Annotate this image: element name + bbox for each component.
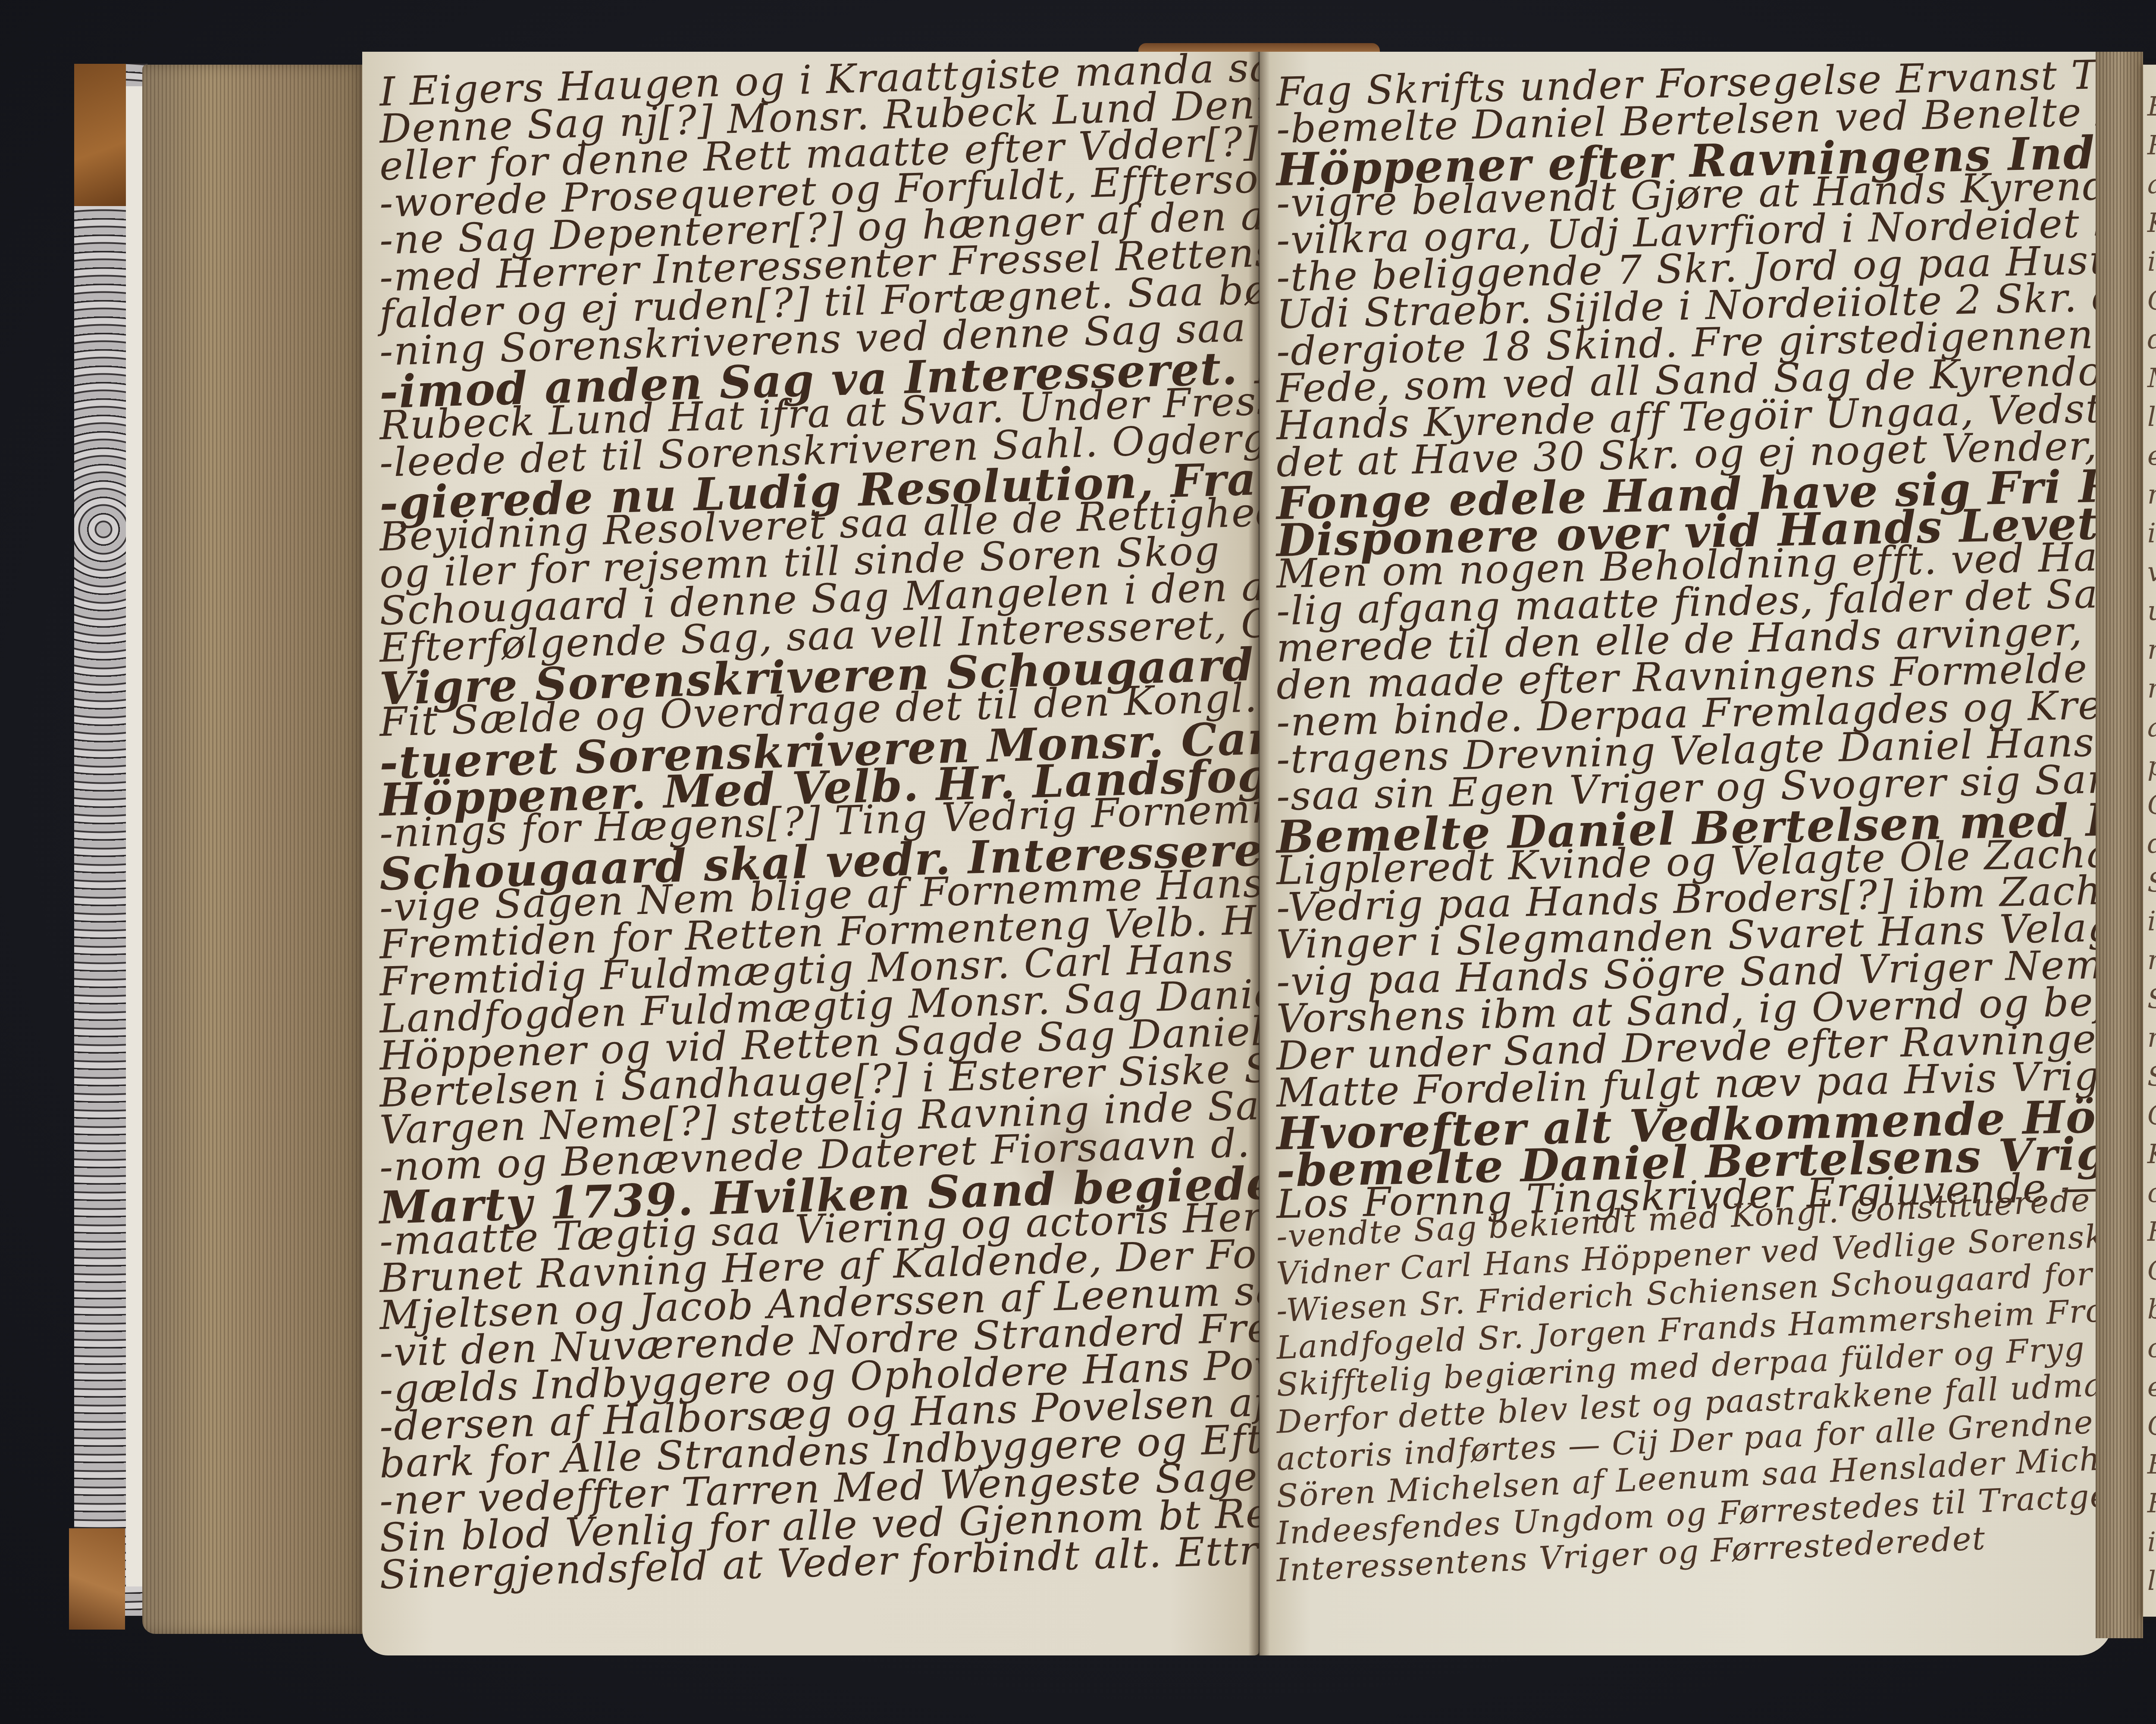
slip-fragment: plo	[2147, 750, 2156, 782]
slip-fragment: vis	[2147, 556, 2156, 588]
slip-fragment: ng	[2147, 479, 2156, 510]
inserted-slip-1: EgrRanna —KisteigeO.d paaMaj:lagdeelngin…	[2143, 65, 2156, 1617]
slip-fragment: Sun	[2147, 983, 2156, 1014]
book-gutter	[1248, 52, 1270, 1655]
right-page-text: Fag Skrifts under Forsegelse Ervanst Ted…	[1259, 52, 2113, 1655]
slip-fragment: las	[2147, 1565, 2156, 1596]
slip-fragment: ov	[2147, 1177, 2156, 1208]
slip-fragment: m	[2147, 944, 2156, 976]
slip-fragment: Kr	[2147, 1138, 2156, 1170]
slip-fragment: G.	[2147, 789, 2156, 820]
slip-fragment: nd	[2147, 673, 2156, 704]
slip-fragment: ig	[2147, 1526, 2156, 1558]
slip-fragment: Rann	[2147, 129, 2156, 161]
slip-fragment: Oer	[2147, 1410, 2156, 1441]
slip-fragment: For	[2147, 1487, 2156, 1519]
left-page-text: I Eigers Haugen og i Kraattgiste manda s…	[362, 52, 1259, 1655]
slip-fragment: bor	[2147, 1293, 2156, 1325]
slip-fragment: ige	[2147, 246, 2156, 277]
leather-corner-bottom	[69, 1528, 125, 1630]
slip-fragment: el	[2147, 440, 2156, 471]
right-page: Fag Skrifts under Forsegelse Ervanst Ted…	[1259, 52, 2113, 1655]
slip-fragment: inden	[2147, 517, 2156, 549]
slip-fragment: Sie	[2147, 1061, 2156, 1092]
slip-fragment: d paa	[2147, 323, 2156, 355]
slip-fragment: Bo	[2147, 1449, 2156, 1480]
slip-fragment: urs	[2147, 595, 2156, 626]
slip-fragment: ro	[2147, 634, 2156, 665]
slip-fragment: Srb	[2147, 867, 2156, 898]
right-fore-edge-stack	[2096, 52, 2143, 1638]
left-fore-edge-stack	[142, 65, 367, 1634]
leather-corner-top	[74, 64, 126, 206]
slip-fragment: a Sr	[2147, 711, 2156, 743]
slip-fragment: Ohe	[2147, 1255, 2156, 1286]
slip-fragment: dus	[2147, 828, 2156, 859]
slip-fragment: Egr	[2147, 91, 2156, 122]
slip-fragment: Maj:	[2147, 362, 2156, 394]
left-page: I Eigers Haugen og i Kraattgiste manda s…	[362, 52, 1259, 1655]
slip-fragment: a —	[2147, 168, 2156, 200]
slip-fragment: lagde	[2147, 401, 2156, 432]
slip-fragment: Kiste	[2147, 207, 2156, 238]
slip-fragment: O.	[2147, 285, 2156, 316]
slip-fragment: Off	[2147, 1099, 2156, 1131]
slip-fragment: ning	[2147, 1022, 2156, 1053]
slip-fragment: eagt	[2147, 1371, 2156, 1402]
endpaper-strip	[126, 86, 143, 1586]
slip-fragment: ied	[2147, 905, 2156, 937]
slip-fragment: Hix	[2147, 1216, 2156, 1247]
slip-fragment: ob	[2147, 1332, 2156, 1364]
